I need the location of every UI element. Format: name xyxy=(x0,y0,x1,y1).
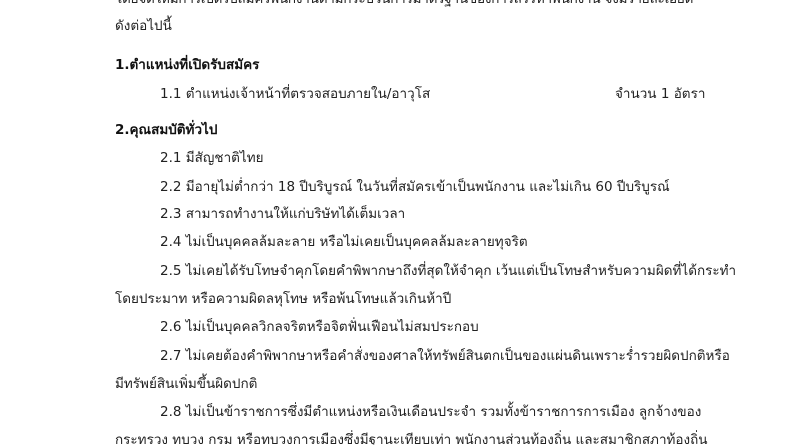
qualification-item: 2.7 ไม่เคยต้องคำพิพากษาหรือคำสั่งของศาลใ… xyxy=(160,346,730,366)
section-1-heading: 1.ตำแหน่งที่เปิดรับสมัคร xyxy=(115,55,259,75)
qualification-item: 2.6 ไม่เป็นบุคคลวิกลจริตหรือจิตฟั่นเฟือน… xyxy=(160,317,479,337)
qualification-item: 2.5 ไม่เคยได้รับโทษจำคุกโดยคำพิพากษาถึงท… xyxy=(160,261,736,281)
intro-line: ดังต่อไปนี้ xyxy=(115,16,172,36)
qualification-item-continuation: โดยประมาท หรือความผิดลหุโทษ หรือพ้นโทษแล… xyxy=(115,289,451,309)
qualification-item: 2.8 ไม่เป็นข้าราชการซึ่งมีตำแหน่งหรือเงิ… xyxy=(160,402,701,422)
qualification-item: 2.2 มีอายุไม่ต่ำกว่า 18 ปีบริบูรณ์ ในวัน… xyxy=(160,177,670,197)
intro-line-partial: โดยจัดให้มีการเปิดรับสมัครพนักงานตามกระบ… xyxy=(115,0,693,9)
qualification-item: 2.3 สามารถทำงานให้แก่บริษัทได้เต็มเวลา xyxy=(160,204,405,224)
section-2-heading: 2.คุณสมบัติทั่วไป xyxy=(115,120,217,140)
document-page: โดยจัดให้มีการเปิดรับสมัครพนักงานตามกระบ… xyxy=(0,0,800,445)
position-count: จำนวน 1 อัตรา xyxy=(615,84,705,104)
qualification-item: 2.1 มีสัญชาติไทย xyxy=(160,148,264,168)
qualification-item-continuation: กระทรวง ทบวง กรม หรือทบวงการเมืองซึ่งมีฐ… xyxy=(115,430,708,445)
position-item: 1.1 ตำแหน่งเจ้าหน้าที่ตรวจสอบภายใน/อาวุโ… xyxy=(160,84,430,104)
qualification-item: 2.4 ไม่เป็นบุคคลล้มละลาย หรือไม่เคยเป็นบ… xyxy=(160,232,528,252)
qualification-item-continuation: มีทรัพย์สินเพิ่มขึ้นผิดปกติ xyxy=(115,374,257,394)
